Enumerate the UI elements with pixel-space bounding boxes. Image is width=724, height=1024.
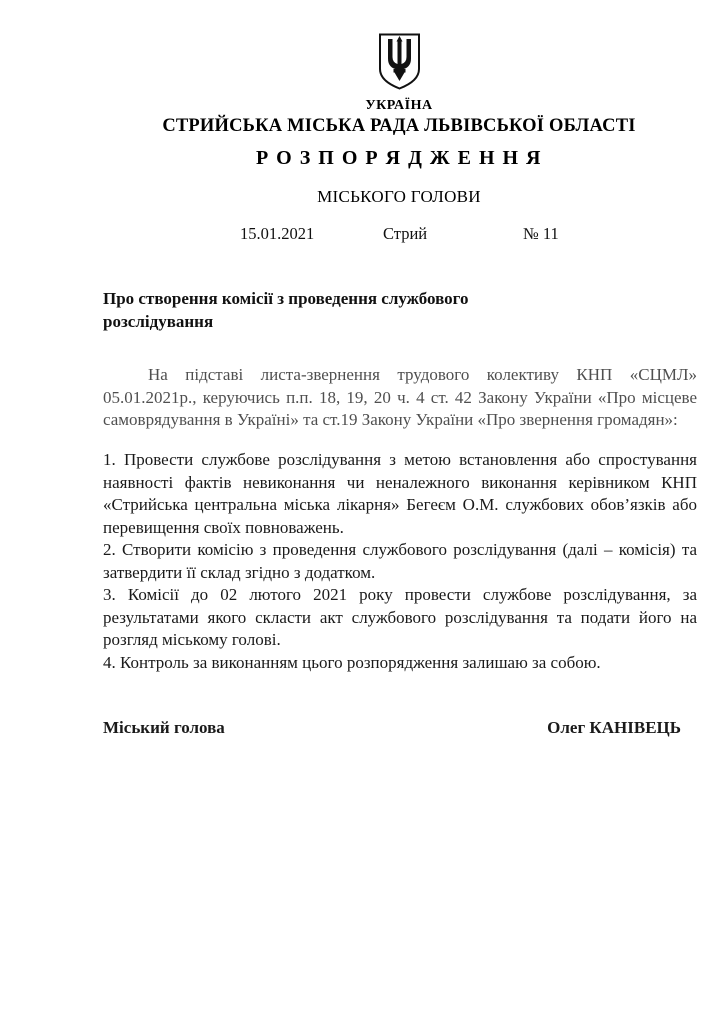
signatory-title: Міський голова [103, 718, 225, 738]
decree-item-2: 2. Створити комісію з проведення службов… [103, 539, 697, 584]
document-date: 15.01.2021 [240, 224, 314, 244]
intro-paragraph: На підставі листа-звернення трудового ко… [103, 364, 697, 432]
document-subtype: МІСЬКОГО ГОЛОВИ [74, 187, 724, 207]
letterhead: УКРАЇНА СТРИЙСЬКА МІСЬКА РАДА ЛЬВІВСЬКОЇ… [74, 0, 724, 207]
subject-line: Про створення комісії з проведення служб… [103, 287, 488, 333]
country-name: УКРАЇНА [74, 98, 724, 114]
dateline: 15.01.2021 Стрий № 11 [103, 224, 697, 246]
decree-item-3: 3. Комісії до 02 лютого 2021 року провес… [103, 584, 697, 652]
document-page: УКРАЇНА СТРИЙСЬКА МІСЬКА РАДА ЛЬВІВСЬКОЇ… [0, 0, 724, 1024]
document-type-title: Р О З П О Р Я Д Ж Е Н Н Я [74, 147, 724, 170]
decree-item-4: 4. Контроль за виконанням цього розпоряд… [103, 652, 697, 675]
decree-items: 1. Провести службове розслідування з мет… [103, 449, 697, 674]
document-place: Стрий [383, 224, 427, 244]
document-number: № 11 [523, 224, 559, 244]
decree-item-1: 1. Провести службове розслідування з мет… [103, 449, 697, 539]
signature-block: Міський голова Олег КАНІВЕЦЬ [103, 718, 681, 738]
signatory-name: Олег КАНІВЕЦЬ [547, 718, 681, 738]
ukraine-trident-emblem [74, 33, 724, 90]
issuing-authority: СТРИЙСЬКА МІСЬКА РАДА ЛЬВІВСЬКОЇ ОБЛАСТІ [74, 116, 724, 137]
